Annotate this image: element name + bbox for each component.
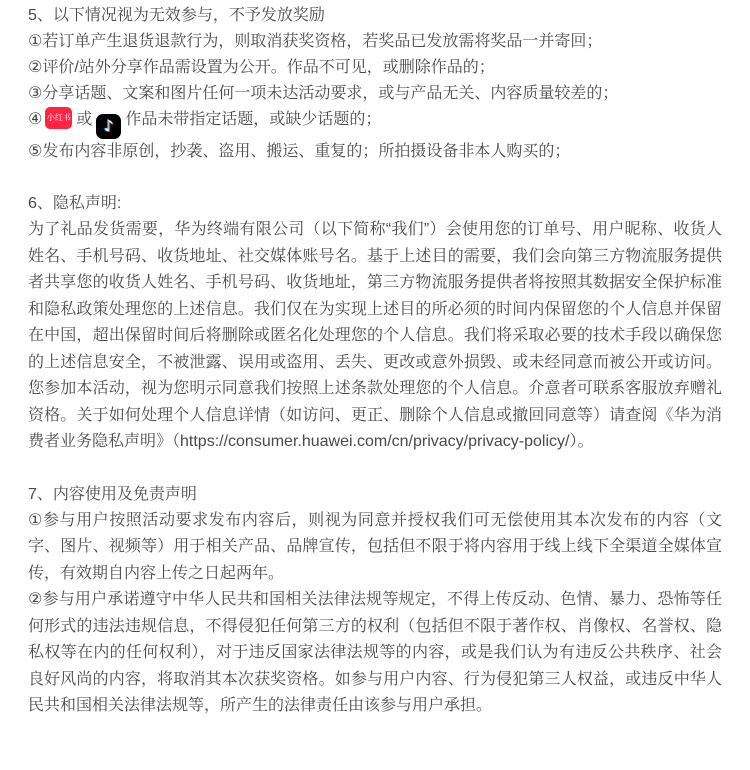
xiaohongshu-icon: 小红书 xyxy=(45,107,72,129)
section5-heading: 5、以下情况视为无效参与，不予发放奖励 xyxy=(28,3,722,29)
rule-item-5: ⑤发布内容非原创，抄袭、盗用、搬运、重复的；所拍摄设备非本人购买的； xyxy=(28,139,722,165)
rule-item-4-suffix: 作品未带指定话题，或缺少话题的； xyxy=(125,111,381,128)
rule-item-2: ②评价/站外分享作品需设置为公开。作品不可见，或删除作品的； xyxy=(28,55,722,81)
rule-item-4-or: 或 xyxy=(76,111,92,128)
rule-item-4-prefix: ④ xyxy=(28,111,42,128)
rule-item-4: ④小红书或♪作品未带指定话题，或缺少话题的； xyxy=(28,107,722,139)
xiaohongshu-icon-label: 小红书 xyxy=(47,113,71,122)
rule-item-1: ①若订单产生退货退款行为，则取消获奖资格，若奖品已发放需将奖品一并寄回； xyxy=(28,29,722,55)
section-invalid-participation: 5、以下情况视为无效参与，不予发放奖励 ①若订单产生退货退款行为，则取消获奖资格… xyxy=(28,3,722,165)
privacy-statement-paragraph: 为了礼品发货需要，华为终端有限公司（以下简称“我们”）会使用您的订单号、用户昵称… xyxy=(28,217,722,456)
douyin-icon: ♪ xyxy=(96,114,121,139)
music-note-icon: ♪ xyxy=(104,114,114,139)
rule-item-3: ③分享话题、文案和图片任何一项未达活动要求，或与产品无关、内容质量较差的； xyxy=(28,81,722,107)
terms-document: 5、以下情况视为无效参与，不予发放奖励 ①若订单产生退货退款行为，则取消获奖资格… xyxy=(0,0,750,720)
content-usage-paragraph-1: ①参与用户按照活动要求发布内容后，则视为同意并授权我们可无偿使用其本次发布的内容… xyxy=(28,508,722,588)
content-usage-paragraph-2: ②参与用户承诺遵守中华人民共和国相关法律法规等规定，不得上传反动、色情、暴力、恐… xyxy=(28,587,722,720)
section6-heading: 6、隐私声明: xyxy=(28,191,722,217)
section7-heading: 7、内容使用及免责声明 xyxy=(28,482,722,508)
section-content-usage-disclaimer: 7、内容使用及免责声明 ①参与用户按照活动要求发布内容后，则视为同意并授权我们可… xyxy=(28,482,722,720)
section-privacy-statement: 6、隐私声明: 为了礼品发货需要，华为终端有限公司（以下简称“我们”）会使用您的… xyxy=(28,191,722,456)
